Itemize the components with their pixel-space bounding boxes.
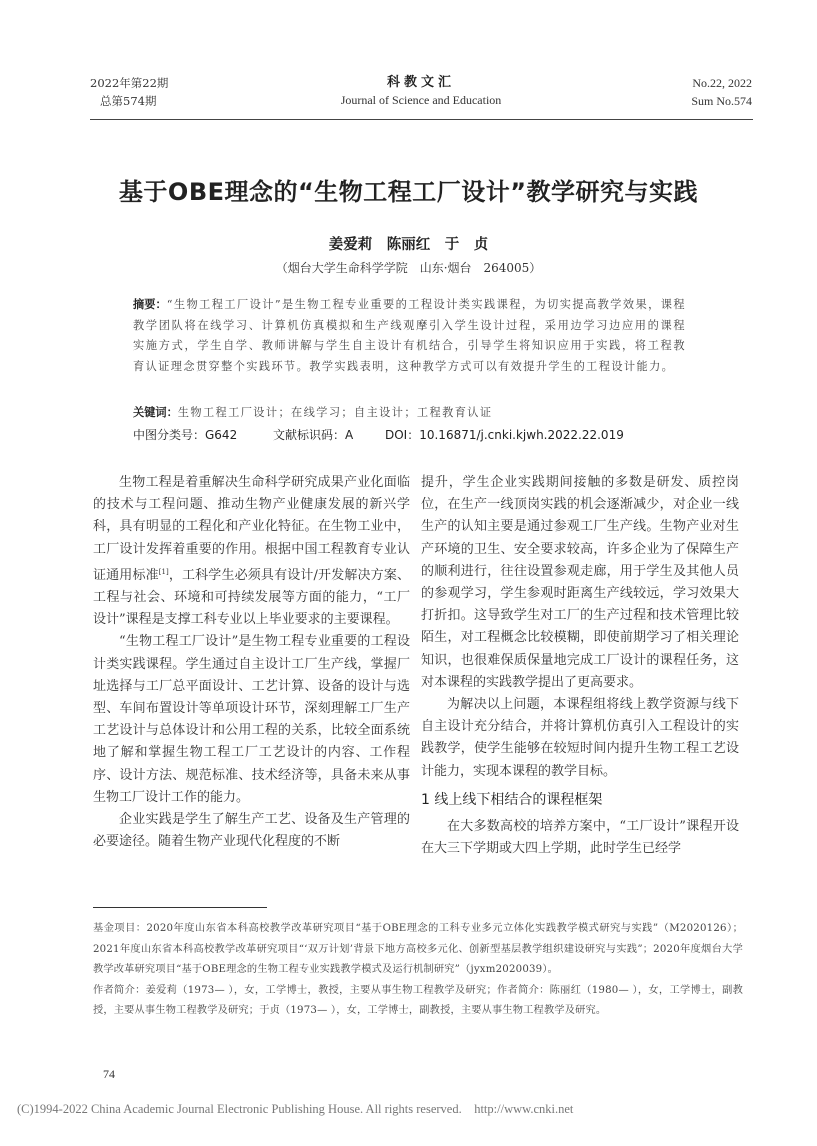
- abstract-text: “生物工程工厂设计”是生物工程专业重要的工程设计类实践课程，为切实提高教学效果，…: [133, 298, 686, 373]
- author-list: 姜爱莉 陈丽红 于 贞: [0, 233, 817, 254]
- body-column-left: 生物工程是着重解决生命科学研究成果产业化面临的技术与工程问题、推动生物产业健康发…: [93, 472, 410, 853]
- classification-line: 中图分类号：G642 文献标识码：A DOI：10.16871/j.cnki.k…: [133, 425, 693, 445]
- author-bio-note: 作者简介：姜爱莉（1973— ），女，工学博士，教授，主要从事生物工程教学及研究…: [93, 981, 743, 1022]
- citation-ref[interactable]: [1]: [159, 568, 169, 576]
- document-code: 文献标识码：A: [273, 425, 353, 445]
- body-paragraph: 提升，学生企业实践期间接触的多数是研发、质控岗位，在生产一线顶岗实践的机会逐渐减…: [421, 472, 739, 694]
- running-header: 2022年第22期 总第574期 科教文汇 Journal of Science…: [90, 74, 752, 114]
- total-issue-en: Sum No.574: [691, 92, 752, 110]
- keywords: 关键词：生物工程工厂设计；在线学习；自主设计；工程教育认证: [133, 403, 686, 423]
- copyright-line: (C)1994-2022 China Academic Journal Elec…: [17, 1102, 573, 1117]
- body-paragraph: 企业实践是学生了解生产工艺、设备及生产管理的必要途径。随着生物产业现代化程度的不…: [93, 809, 410, 853]
- journal-name-en: Journal of Science and Education: [90, 91, 752, 109]
- body-paragraph: 生物工程是着重解决生命科学研究成果产业化面临的技术与工程问题、推动生物产业健康发…: [93, 472, 410, 631]
- page-number: 74: [103, 1067, 115, 1082]
- footnotes: 基金项目：2020年度山东省本科高校教学改革研究项目“基于OBE理念的工科专业多…: [93, 919, 743, 1022]
- body-column-right: 提升，学生企业实践期间接触的多数是研发、质控岗位，在生产一线顶岗实践的机会逐渐减…: [421, 472, 739, 860]
- abstract-label: 摘要：: [133, 298, 167, 311]
- header-divider: [90, 119, 753, 120]
- journal-name: 科教文汇 Journal of Science and Education: [90, 74, 752, 109]
- abstract: 摘要：“生物工程工厂设计”是生物工程专业重要的工程设计类实践课程，为切实提高教学…: [133, 295, 686, 377]
- keywords-text: 生物工程工厂设计；在线学习；自主设计；工程教育认证: [178, 406, 493, 419]
- body-paragraph: 在大多数高校的培养方案中，“工厂设计”课程开设在大三下学期或大四上学期，此时学生…: [421, 816, 739, 860]
- article-title: 基于OBE理念的“生物工程工厂设计”教学研究与实践: [0, 172, 817, 207]
- funding-note: 基金项目：2020年度山东省本科高校教学改革研究项目“基于OBE理念的工科专业多…: [93, 919, 743, 981]
- body-paragraph: 为解决以上问题，本课程组将线上教学资源与线下自主设计充分结合，并将计算机仿真引入…: [421, 694, 739, 783]
- body-paragraph: “生物工程工厂设计”是生物工程专业重要的工程设计类实践课程。学生通过自主设计工厂…: [93, 631, 410, 809]
- author-affiliation: （烟台大学生命科学学院 山东·烟台 264005）: [0, 259, 817, 276]
- doi: DOI：10.16871/j.cnki.kjwh.2022.22.019: [385, 425, 624, 445]
- clc-number: 中图分类号：G642: [133, 425, 237, 445]
- journal-name-cn: 科教文汇: [90, 74, 752, 91]
- keywords-label: 关键词：: [133, 406, 178, 419]
- section-heading: 1 线上线下相结合的课程框架: [421, 789, 739, 811]
- footnote-divider: [93, 907, 267, 908]
- issue-number-en: No.22, 2022: [691, 74, 752, 92]
- issue-info-en: No.22, 2022 Sum No.574: [691, 74, 752, 110]
